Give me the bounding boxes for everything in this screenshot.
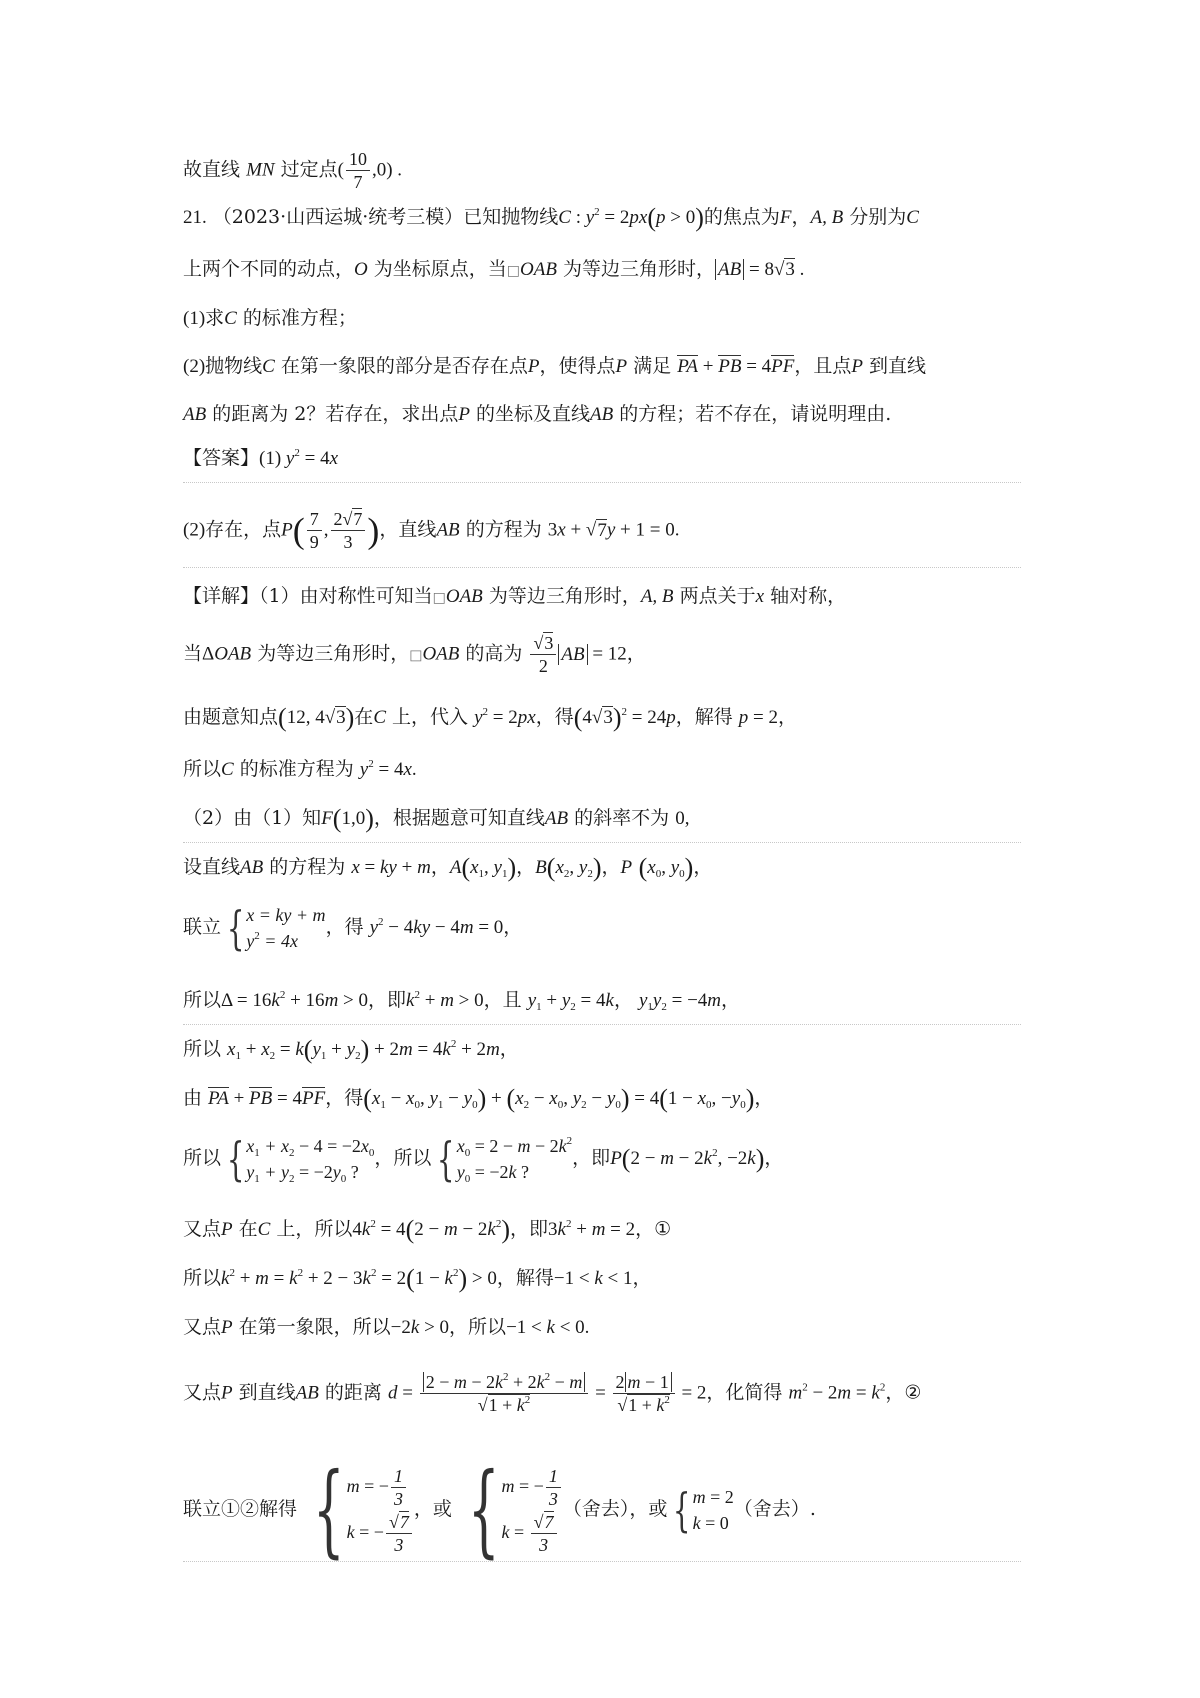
discard-label: （舍去） — [734, 1498, 810, 1520]
solution-line-7: 联立{x = ky + my2 = 4x，得 y2 − 4ky − 4m = 0… — [183, 902, 522, 954]
intro-line: 故直线 MN 过定点(107,0) . — [183, 148, 402, 193]
answer-label: 【答案】 — [183, 447, 259, 469]
problem-number: 21. — [183, 207, 207, 228]
solution-line-9: 所以 x1 + x2 = k(y1 + y2) + 2m = 4k2 + 2m， — [183, 1035, 519, 1064]
divider — [183, 1561, 1021, 1562]
divider — [183, 482, 1021, 483]
divider — [183, 567, 1021, 568]
solution-line-8: 所以Δ = 16k2 + 16m > 0，即k2 + m > 0，且 y1 + … — [183, 986, 740, 1015]
solution-line-14: 又点P 在第一象限，所以−2k > 0，所以−1 < k < 0. — [183, 1313, 589, 1342]
solution-line-15: 又点P 到直线AB 的距离 d = 2 − m − 2k2 + 2k2 − m√… — [183, 1371, 921, 1416]
or-label: 或 — [648, 1498, 667, 1520]
fraction: 107 — [346, 148, 370, 193]
solution-line-5: （2）由（1）知F(1,0)，根据题意可知直线AB 的斜率不为 0, — [183, 804, 689, 833]
solution-line-1: 【详解】（1）由对称性可知当□OAB 为等边三角形时，A, B 两点关于x 轴对… — [183, 582, 846, 612]
intro-text: 故直线 — [183, 159, 240, 181]
answer-part1: 【答案】(1) y2 = 4x — [183, 444, 338, 473]
divider — [183, 842, 1021, 843]
answer-part2: (2)存在，点P(79,2√73)，直线AB 的方程为 3x + √7y + 1… — [183, 508, 679, 553]
circled-one: ① — [654, 1218, 671, 1240]
circled-two: ② — [904, 1382, 921, 1404]
solution-line-6: 设直线AB 的方程为 x = ky + m，A(x1, y1)，B(x2, y2… — [183, 853, 712, 882]
solution-line-16: 联立①②解得{m = −13k = −√73，或{m = −13k = √73（… — [183, 1460, 816, 1560]
divider — [183, 1024, 1021, 1025]
problem-part1: (1)求C 的标准方程； — [183, 304, 357, 333]
solution-label: 【详解】 — [183, 585, 259, 607]
solution-line-4: 所以C 的标准方程为 y2 = 4x. — [183, 755, 417, 784]
problem-part2-line1: (2)抛物线C 在第一象限的部分是否存在点P，使得点P 满足 PA + PB =… — [183, 352, 926, 381]
solution-line-13: 所以k2 + m = k2 + 2 − 3k2 = 2(1 − k2) > 0，… — [183, 1264, 651, 1293]
problem-part2-line2: AB 的距离为 2？若存在，求出点P 的坐标及直线AB 的方程；若不存在，请说明… — [183, 400, 891, 429]
solution-line-10: 由 PA + PB = 4PF，得(x1 − x0, y1 − y0) + (x… — [183, 1084, 773, 1113]
solution-line-11: 所以{x1 + x2 − 4 = −2x0y1 + y2 = −2y0 ?，所以… — [183, 1133, 783, 1185]
problem-source: （2023·山西运城·统考三模） — [213, 206, 463, 228]
discard-label: （舍去） — [563, 1498, 630, 1520]
solution-line-3: 由题意知点(12, 4√3)在C 上，代入 y2 = 2px，得(4√3)2 =… — [183, 703, 797, 732]
solution-line-12: 又点P 在C 上，所以4k2 = 4(2 − m − 2k2)，即3k2 + m… — [183, 1215, 671, 1244]
solution-line-2: 当ΔOAB 为等边三角形时，□OAB 的高为 √32AB = 12， — [183, 632, 646, 677]
intro-text-mid: 过定点 — [281, 159, 338, 181]
or-label: 或 — [433, 1498, 452, 1520]
problem-stem-line1: 21. （2023·山西运城·统考三模）已知抛物线C : y2 = 2px(p … — [183, 203, 919, 232]
document-page: 故直线 MN 过定点(107,0) . 21. （2023·山西运城·统考三模）… — [0, 0, 1200, 1698]
problem-stem-line2: 上两个不同的动点，O 为坐标原点，当□OAB 为等边三角形时，AB = 8√3 … — [183, 255, 804, 285]
line-name: MN — [246, 160, 275, 181]
